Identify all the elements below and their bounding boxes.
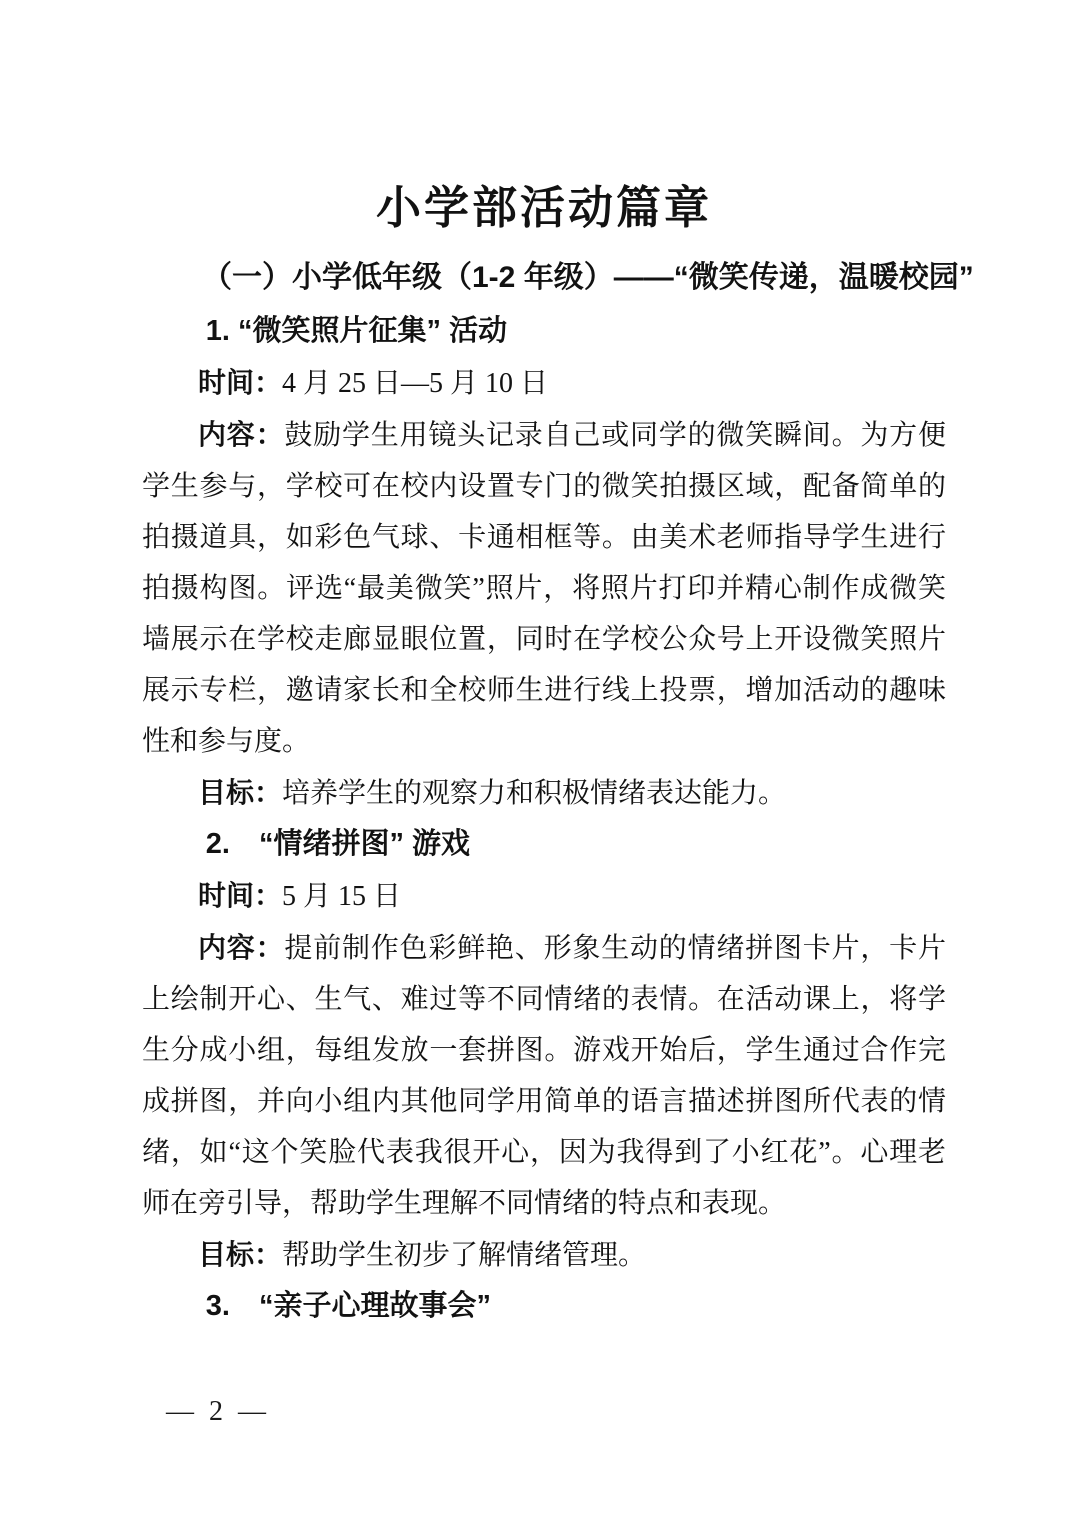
goal-text: 帮助学生初步了解情绪管理。 xyxy=(282,1240,646,1271)
document-page: 小学部活动篇章 （一）小学低年级（1-2 年级）——“微笑传递，温暖校园” 1.… xyxy=(0,0,1080,1527)
content-label: 内容： xyxy=(198,419,284,450)
activity-2-time: 时间：5 月 15 日 xyxy=(142,870,946,922)
activity-1-content: 内容：鼓励学生用镜头记录自己或同学的微笑瞬间。为方便学生参与，学校可在校内设置专… xyxy=(142,409,946,767)
time-value: 5 月 15 日 xyxy=(282,881,401,912)
activity-2-heading: 2. “情绪拼图” 游戏 xyxy=(142,819,946,870)
activity-1-goal: 目标：培养学生的观察力和积极情绪表达能力。 xyxy=(142,767,946,819)
activity-3-heading: 3. “亲子心理故事会” xyxy=(142,1281,946,1332)
goal-label: 目标： xyxy=(198,1239,282,1270)
time-label: 时间： xyxy=(198,880,282,911)
time-label: 时间： xyxy=(198,367,282,398)
activity-2-content: 内容：提前制作色彩鲜艳、形象生动的情绪拼图卡片，卡片上绘制开心、生气、难过等不同… xyxy=(142,922,946,1229)
content-text: 提前制作色彩鲜艳、形象生动的情绪拼图卡片，卡片上绘制开心、生气、难过等不同情绪的… xyxy=(142,933,946,1219)
page-title: 小学部活动篇章 xyxy=(142,180,946,236)
section-heading: （一）小学低年级（1-2 年级）——“微笑传递，温暖校园” xyxy=(142,250,946,306)
goal-text: 培养学生的观察力和积极情绪表达能力。 xyxy=(282,778,786,809)
content-label: 内容： xyxy=(198,932,284,963)
page-number: — 2 — xyxy=(166,1396,270,1428)
goal-label: 目标： xyxy=(198,777,282,808)
activity-2-goal: 目标：帮助学生初步了解情绪管理。 xyxy=(142,1229,946,1281)
content-text: 鼓励学生用镜头记录自己或同学的微笑瞬间。为方便学生参与，学校可在校内设置专门的微… xyxy=(142,420,946,757)
time-value: 4 月 25 日—5 月 10 日 xyxy=(282,368,548,399)
activity-1-time: 时间：4 月 25 日—5 月 10 日 xyxy=(142,357,946,409)
activity-1-heading: 1. “微笑照片征集” 活动 xyxy=(142,306,946,357)
document-content: 小学部活动篇章 （一）小学低年级（1-2 年级）——“微笑传递，温暖校园” 1.… xyxy=(0,0,1080,1332)
